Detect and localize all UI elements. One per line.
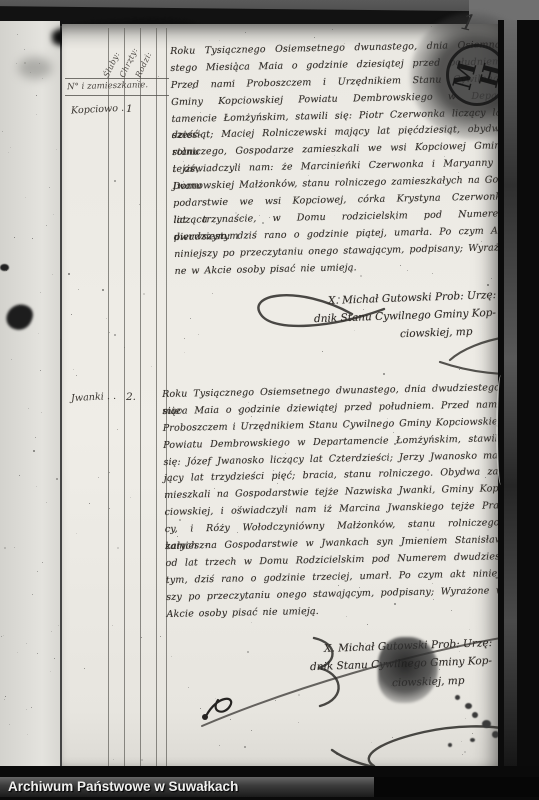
facing-page bbox=[0, 21, 60, 771]
book-binding-edge bbox=[498, 20, 539, 772]
ink-dot bbox=[465, 703, 472, 709]
ink-dot bbox=[455, 695, 460, 700]
table-rule-vertical bbox=[140, 28, 141, 768]
ink-dot bbox=[472, 712, 478, 718]
entry-number: 1 bbox=[126, 103, 133, 115]
ink-squiggle bbox=[198, 690, 244, 724]
ink-dot bbox=[482, 720, 491, 728]
smudge bbox=[18, 57, 52, 79]
signature-line: ciowskiej, mp bbox=[400, 326, 473, 341]
page-edge-curl bbox=[496, 375, 506, 485]
table-rule-horizontal bbox=[65, 95, 169, 96]
binding-highlight bbox=[504, 20, 517, 772]
table-rule-vertical bbox=[124, 28, 125, 768]
ink-spot bbox=[0, 264, 9, 271]
table-rule-horizontal bbox=[65, 78, 169, 79]
entry-body: Roku Tysiącznego Osiemsetnego dwunastego… bbox=[162, 380, 505, 623]
margin-header: N° i zamieszkanie. bbox=[67, 80, 167, 93]
entry-place: Jwanki . . bbox=[71, 391, 117, 404]
table-rule-vertical bbox=[156, 28, 157, 768]
stamp-letters: M H bbox=[451, 63, 502, 88]
entry-place: Kopciowo . . bbox=[71, 102, 131, 116]
ink-dot bbox=[448, 743, 452, 747]
archival-scan: Śluby: Chrzty: Rodzi: N° i zamieszkanie.… bbox=[0, 0, 539, 800]
ink-dot bbox=[470, 738, 475, 742]
document-page: Śluby: Chrzty: Rodzi: N° i zamieszkanie.… bbox=[62, 24, 500, 772]
entry-number: 2. bbox=[126, 391, 136, 403]
caption-bar: Archiwum Państwowe w Suwałkach bbox=[0, 777, 539, 797]
archive-caption: Archiwum Państwowe w Suwałkach bbox=[8, 777, 238, 797]
